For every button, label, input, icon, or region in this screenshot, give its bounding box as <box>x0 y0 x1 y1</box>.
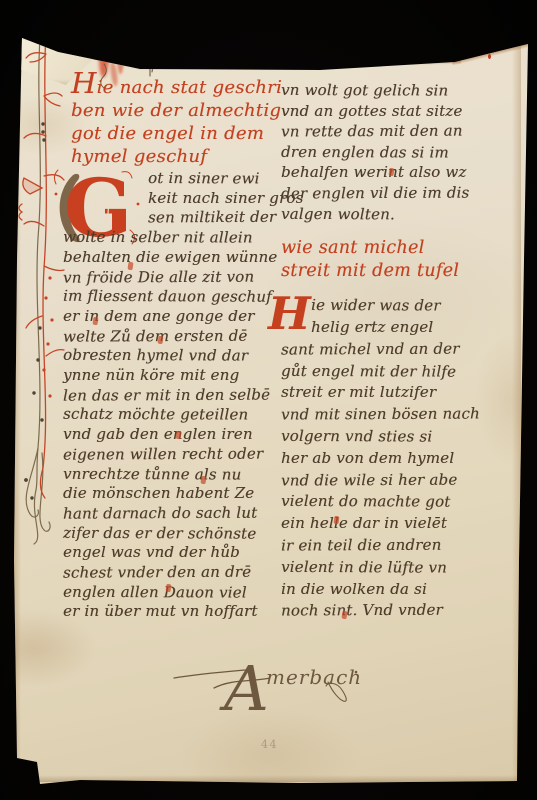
penwork-dark-dots <box>24 122 46 499</box>
text-line: vielent do machte got <box>281 491 480 514</box>
text-line: helig ertz engel <box>311 317 480 339</box>
rubric-line: Hie nach stat geschri <box>71 76 282 99</box>
text-line: behalten die ewigen wünne <box>63 248 303 268</box>
page-edge-shading <box>36 775 518 782</box>
folio-annotation-underline <box>431 50 478 54</box>
text-line: streit er mit lutzifer <box>281 382 480 404</box>
text-line: ie wider was der <box>311 295 480 318</box>
rubric-line: got die engel in dem <box>71 122 282 145</box>
text-line: er in über mut vn hoffart <box>63 602 303 622</box>
signature: A merbach <box>170 632 380 724</box>
text-line: ir ein teil die andren <box>281 534 480 557</box>
text-line: dren englen das si im <box>281 142 480 163</box>
signature-initial: A <box>219 652 269 724</box>
text-line: vnd gab den englen iren <box>63 425 303 445</box>
chapter-heading-line: wie sant michel <box>281 237 480 260</box>
text-line: ein helle dar in vielēt <box>281 513 480 535</box>
text-line: vielent in die lüfte vn <box>281 557 480 580</box>
text-line: her ab von dem hymel <box>281 448 480 470</box>
text-line: der englen vil die im dis <box>281 182 480 204</box>
text-line: vnrechtze tůnne als nu <box>63 464 304 485</box>
text-line: schatz möchte geteillen <box>63 405 304 426</box>
folio-annotation: a. <box>437 22 463 48</box>
right-body-block: ie wider was der helig ertz engel sant m… <box>281 295 480 622</box>
text-line: behalfen werint also wz <box>281 162 480 183</box>
text-line: gůt engel mit der hilfe <box>281 360 480 383</box>
manuscript-page: a. <box>0 0 537 800</box>
manuscript-photo: a. <box>0 0 537 800</box>
right-intro-block: vn wolt got gelich sin vnd an gottes sta… <box>281 80 480 224</box>
text-line: in die wolken da si <box>281 579 480 601</box>
page-edge-shading <box>512 46 521 781</box>
text-line: ynne nün köre mit eng <box>63 366 303 386</box>
signature-text: merbach <box>266 665 362 689</box>
text-line: vnd an gottes stat sitze <box>281 101 480 122</box>
text-line: englen allen Dauon viel <box>63 583 304 604</box>
text-line: hant darnach do sach lut <box>63 503 304 524</box>
text-line: obresten hymel vnd dar <box>63 346 304 367</box>
initial-letter-H: H <box>268 291 311 336</box>
text-line: engel was vnd der hůb <box>63 543 303 563</box>
text-line: volgern vnd sties si <box>281 426 480 449</box>
text-line: sant michel vnd an der <box>281 338 480 361</box>
text-line: noch sint. Vnd vnder <box>281 600 480 623</box>
text-line: eigenen willen recht oder <box>63 444 304 465</box>
rubric-line: ben wie der almechtig <box>71 99 282 122</box>
text-line: vn fröide Die alle zit von <box>63 267 304 288</box>
penwork-red-strokes <box>19 30 64 498</box>
text-line: vnd die wile si her abe <box>281 469 480 492</box>
chapter-heading: wie sant michel streit mit dem tufel <box>281 237 480 283</box>
text-line: die mönschen habent Ze <box>63 484 303 504</box>
left-text-column: ot in siner ewi keit nach siner gros sen… <box>63 169 303 622</box>
text-line: len das er mit in den selbē <box>63 385 304 406</box>
chapter-heading-line: streit mit dem tufel <box>281 260 480 283</box>
text-line: valgen wolten. <box>281 203 480 224</box>
text-line: vn rette das mit den an <box>281 121 480 143</box>
text-line: zifer das er der schönste <box>63 523 304 544</box>
red-ink-drip <box>486 11 492 51</box>
text-line: schest vnder den an drē <box>63 562 304 583</box>
page-edge-shading <box>139 60 461 70</box>
text-line: vn wolt got gelich sin <box>281 80 480 101</box>
right-text-column: vn wolt got gelich sin vnd an gottes sta… <box>281 80 480 622</box>
red-ink-drip-dot <box>488 54 491 59</box>
page-number: 44 <box>261 738 278 751</box>
signature-dot <box>355 671 358 674</box>
left-rubric: Hie nach stat geschri ben wie der almech… <box>71 76 282 168</box>
text-line: wolte in selber nit allein <box>63 228 304 249</box>
text-line: vnd mit sinen bösen nach <box>281 404 480 427</box>
